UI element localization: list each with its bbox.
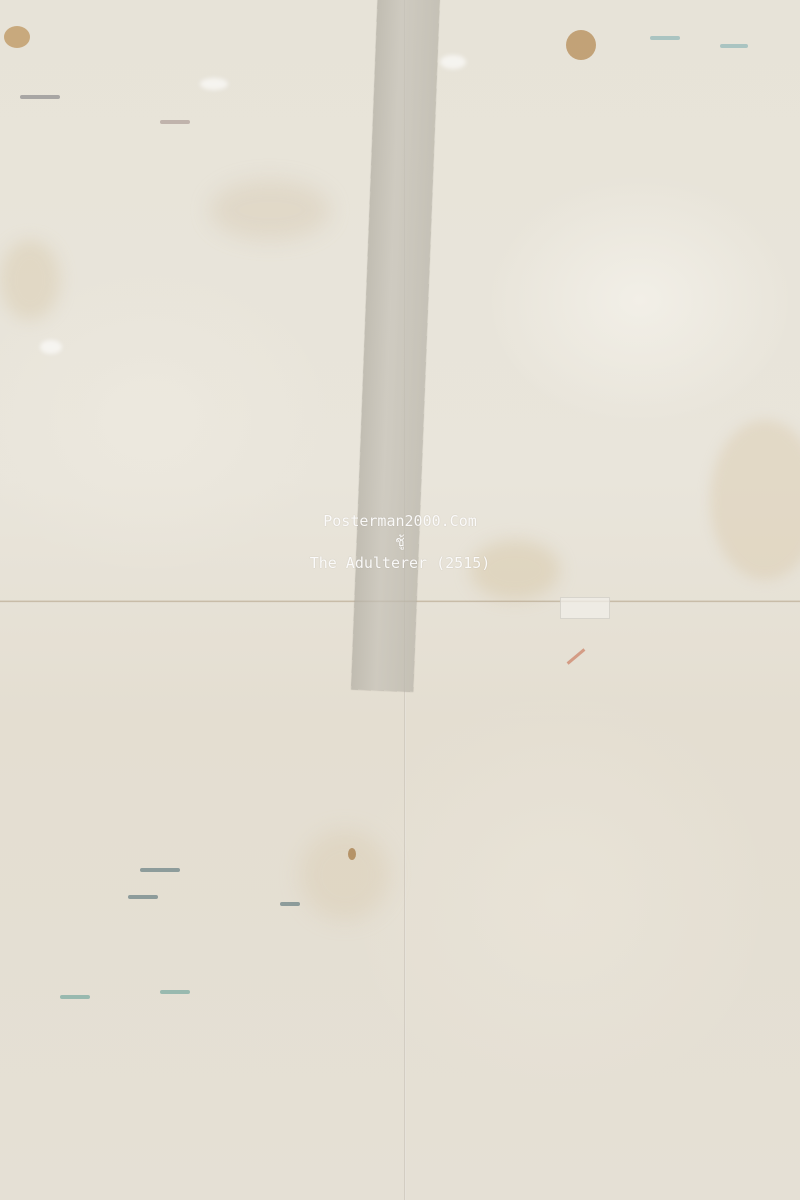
brown-spot (4, 26, 30, 48)
ink-mark (650, 36, 680, 40)
brown-spot (348, 848, 356, 860)
ink-mark (720, 44, 748, 48)
brown-spot (566, 30, 596, 60)
ink-mark (280, 902, 300, 906)
ink-mark (60, 995, 90, 999)
ink-mark (20, 95, 60, 99)
ink-mark (140, 868, 180, 872)
paper-scuff (200, 78, 228, 90)
watermark-site: Posterman2000.Com (0, 510, 800, 532)
water-stain (0, 240, 60, 320)
watermark-thai-title: ชู้ (0, 532, 800, 552)
watermark-english-title: The Adulterer (2515) (0, 552, 800, 574)
rust-mark (567, 648, 586, 664)
water-stain (300, 830, 390, 920)
water-stain (210, 180, 330, 240)
ink-mark (160, 120, 190, 124)
paper-scuff (440, 55, 466, 69)
paper-scuff (40, 340, 62, 354)
ink-mark (128, 895, 158, 899)
small-tape-patch (560, 597, 610, 619)
poster-back-paper: Posterman2000.Com ชู้ The Adulterer (251… (0, 0, 800, 1200)
tape-strip (351, 0, 440, 692)
watermark: Posterman2000.Com ชู้ The Adulterer (251… (0, 510, 800, 574)
ink-mark (160, 990, 190, 994)
